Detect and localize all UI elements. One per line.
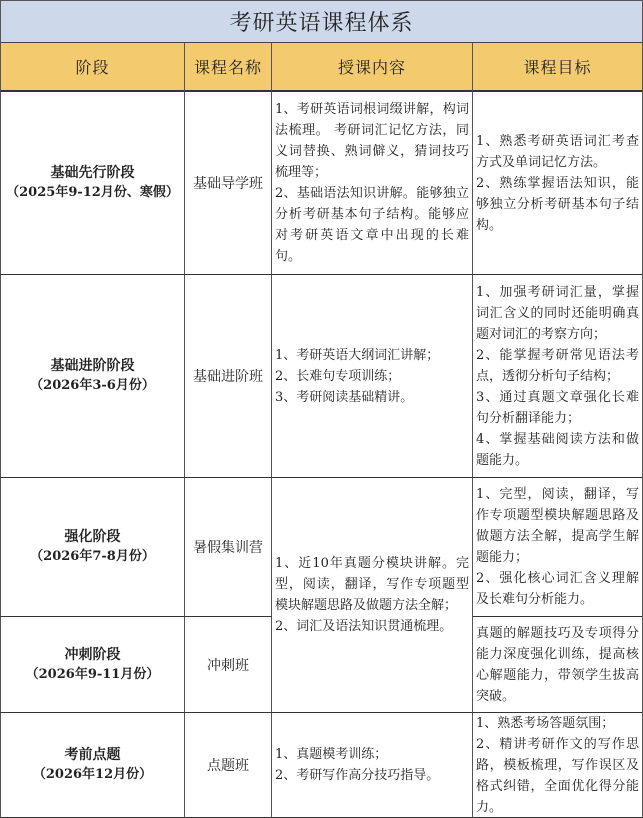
- stage-cell: 强化阶段 （2026年7-8月份）: [0, 478, 185, 617]
- content-item: 2、词汇及语法知识贯通梳理。: [275, 616, 469, 637]
- course-name: 暑假集训营: [185, 478, 272, 617]
- content-item: 2、基础语法知识讲解。能够独立分析考研基本句子结构。能够应对考研英语文章中出现的…: [275, 183, 469, 267]
- table-title: 考研英语课程体系: [0, 0, 643, 44]
- goal-item: 1、加强考研词汇量，掌握词汇含义的同时还能明确真题对词汇的考察方向；: [476, 282, 639, 345]
- content-item: 2、长难句专项训练；: [275, 366, 439, 387]
- goals-cell: 1、熟悉考研英语词汇考查方式及单词记忆方法。 2、熟练掌握语法知识，能够独立分析…: [473, 92, 643, 275]
- content-cell-merged: 1、近10年真题分模块讲解。完型，阅读，翻译，写作专项题型模块解题思路及做题方法…: [272, 478, 473, 713]
- goal-item: 2、能掌握考研常见语法考点，透彻分析句子结构；: [476, 345, 639, 387]
- stage-name: 考前点题: [65, 745, 121, 765]
- stage-period: （2026年12月份）: [33, 765, 152, 785]
- goal-item: 2、强化核心词汇含义理解及长难句分析能力。: [476, 568, 639, 610]
- stage-cell: 基础先行阶段 （2025年9-12月份、寒假）: [0, 92, 185, 275]
- stage-name: 基础进阶阶段: [51, 356, 135, 376]
- content-cell: 1、考研英语大纲词汇讲解； 2、长难句专项训练； 3、考研阅读基础精讲。: [272, 275, 473, 478]
- table-grid: 阶段 课程名称 授课内容 课程目标 基础先行阶段 （2025年9-12月份、寒假…: [0, 43, 643, 818]
- course-name: 基础导学班: [185, 92, 272, 275]
- header-course-name: 课程名称: [185, 43, 272, 92]
- content-item: 1、考研英语大纲词汇讲解；: [275, 345, 439, 366]
- stage-cell: 考前点题 （2026年12月份）: [0, 713, 185, 818]
- course-name: 基础进阶班: [185, 275, 272, 478]
- goal-item: 真题的解题技巧及专项得分能力深度强化训练，提高核心解题能力，带领学生拔高突破。: [476, 623, 639, 707]
- content-item: 3、考研阅读基础精讲。: [275, 387, 439, 408]
- stage-period: （2026年7-8月份）: [30, 547, 155, 567]
- goals-cell: 真题的解题技巧及专项得分能力深度强化训练，提高核心解题能力，带领学生拔高突破。: [473, 617, 643, 713]
- content-cell: 1、真题模考训练； 2、考研写作高分技巧指导。: [272, 713, 473, 818]
- stage-period: （2025年9-12月份、寒假）: [6, 183, 179, 203]
- stage-name: 冲刺阶段: [65, 645, 121, 665]
- stage-name: 基础先行阶段: [51, 163, 135, 183]
- goal-item: 4、掌握基础阅读方法和做题能力。: [476, 429, 639, 471]
- content-cell: 1、考研英语词根词缀讲解，构词法梳理。 考研词汇记忆方法，同义词替换、熟词僻义，…: [272, 92, 473, 275]
- stage-name: 强化阶段: [65, 527, 121, 547]
- stage-period: （2026年3-6月份）: [30, 376, 155, 396]
- header-content: 授课内容: [272, 43, 473, 92]
- stage-period: （2026年9-11月份）: [26, 665, 160, 685]
- stage-cell: 冲刺阶段 （2026年9-11月份）: [0, 617, 185, 713]
- goals-cell: 1、熟悉考场答题氛围； 2、精讲考研作文的写作思路，模板梳理，写作误区及格式纠错…: [473, 713, 643, 818]
- course-name: 冲刺班: [185, 617, 272, 713]
- header-stage: 阶段: [0, 43, 185, 92]
- goal-item: 1、熟悉考研英语词汇考查方式及单词记忆方法。: [476, 131, 639, 173]
- stage-cell: 基础进阶阶段 （2026年3-6月份）: [0, 275, 185, 478]
- goal-item: 2、熟练掌握语法知识，能够独立分析考研基本句子结构。: [476, 173, 639, 236]
- content-item: 1、真题模考训练；: [275, 744, 439, 765]
- goals-cell: 1、完型，阅读，翻译，写作专项题型模块解题思路及做题方法全解，提高学生解题能力；…: [473, 478, 643, 617]
- goal-item: 2、精讲考研作文的写作思路，模板梳理，写作误区及格式纠错，全面优化得分能力。: [476, 734, 639, 818]
- goal-item: 3、通过真题文章强化长难句分析翻译能力；: [476, 387, 639, 429]
- content-item: 2、考研写作高分技巧指导。: [275, 765, 439, 786]
- content-item: 1、考研英语词根词缀讲解，构词法梳理。 考研词汇记忆方法，同义词替换、熟词僻义，…: [275, 99, 469, 183]
- goal-item: 1、熟悉考场答题氛围；: [476, 713, 639, 734]
- content-item: 1、近10年真题分模块讲解。完型，阅读，翻译，写作专项题型模块解题思路及做题方法…: [275, 553, 469, 616]
- course-name: 点题班: [185, 713, 272, 818]
- goals-cell: 1、加强考研词汇量，掌握词汇含义的同时还能明确真题对词汇的考察方向； 2、能掌握…: [473, 275, 643, 478]
- course-system-table: 考研英语课程体系 阶段 课程名称 授课内容 课程目标 基础先行阶段 （2025年…: [0, 0, 643, 818]
- goal-item: 1、完型，阅读，翻译，写作专项题型模块解题思路及做题方法全解，提高学生解题能力；: [476, 484, 639, 568]
- header-goals: 课程目标: [473, 43, 643, 92]
